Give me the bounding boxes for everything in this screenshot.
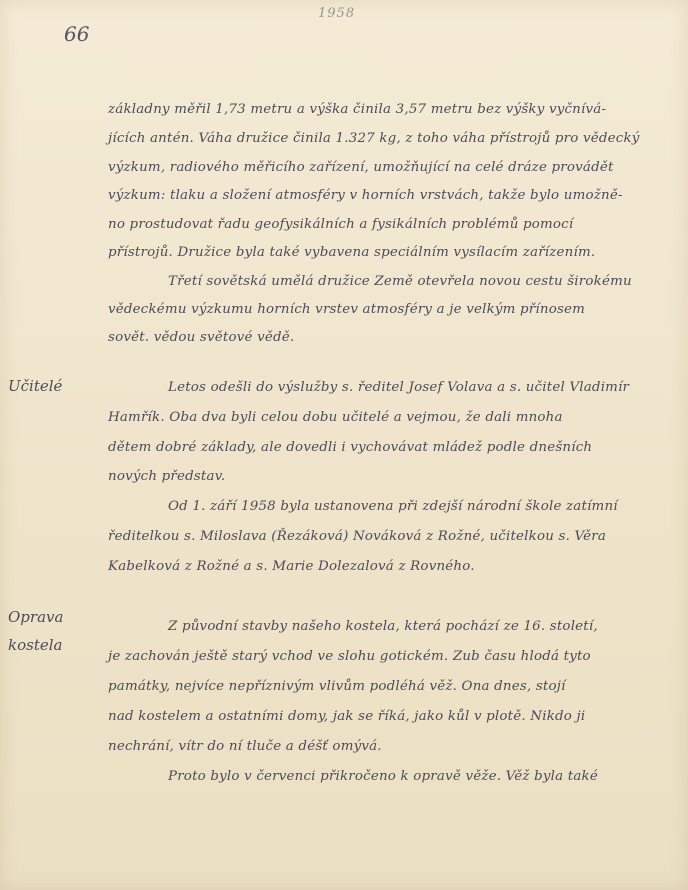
- text-line: přístrojů. Družice byla také vybavena sp…: [108, 245, 658, 260]
- chronicle-page: 1958 66 Učitelé Oprava kostela základny …: [0, 0, 688, 890]
- margin-note-teachers: Učitelé: [8, 372, 62, 400]
- text-line: Proto bylo v červenci přikročeno k oprav…: [168, 769, 658, 784]
- text-line: výzkum: tlaku a složení atmosféry v horn…: [108, 188, 658, 203]
- text-line: sovět. vědou světové vědě.: [108, 330, 658, 345]
- text-line: no prostudovat řadu geofysikálních a fys…: [108, 217, 658, 232]
- page-number: 66: [64, 22, 89, 46]
- text-line: Z původní stavby našeho kostela, která p…: [168, 619, 658, 634]
- margin-note-church-repair-1: Oprava: [8, 603, 63, 631]
- text-line: základny měřil 1,73 metru a výška činila…: [108, 102, 658, 117]
- text-line: dětem dobré základy, ale dovedli i vycho…: [108, 440, 658, 455]
- text-line: Třetí sovětská umělá družice Země otevře…: [168, 274, 658, 289]
- text-line: nad kostelem a ostatními domy, jak se ří…: [108, 709, 658, 724]
- text-line: nových představ.: [108, 469, 658, 484]
- text-line: Letos odešli do výslužby s. ředitel Jose…: [168, 380, 658, 395]
- margin-note-church-repair-2: kostela: [8, 631, 62, 659]
- text-line: vědeckému výzkumu horních vrstev atmosfé…: [108, 302, 658, 317]
- text-line: Kabelková z Rožné a s. Marie Dolezalová …: [108, 559, 658, 574]
- pencil-year-annotation: 1958: [318, 6, 355, 21]
- text-line: Hamřík. Oba dva byli celou dobu učitelé …: [108, 410, 658, 425]
- text-line: ředitelkou s. Miloslava (Řezáková) Novák…: [108, 529, 658, 544]
- text-line: nechrání, vítr do ní tluče a déšť omývá.: [108, 739, 658, 754]
- text-line: je zachován ještě starý vchod ve slohu g…: [108, 649, 658, 664]
- text-line: Od 1. září 1958 byla ustanovena při zdej…: [168, 499, 658, 514]
- text-line: památky, nejvíce nepříznivým vlivům podl…: [108, 679, 658, 694]
- text-line: výzkum, radiového měřicího zařízení, umo…: [108, 160, 658, 175]
- text-line: jících antén. Váha družice činila 1.327 …: [108, 131, 658, 146]
